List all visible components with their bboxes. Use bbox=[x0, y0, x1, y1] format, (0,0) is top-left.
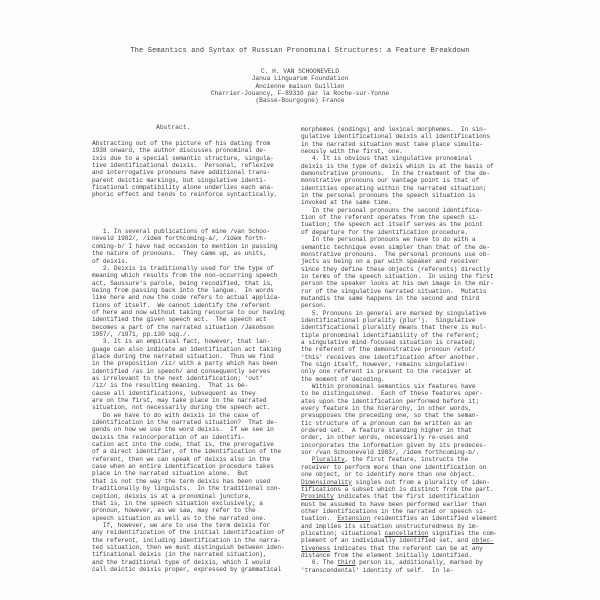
left-text-column: Abstracting out of the picture of his da… bbox=[92, 140, 304, 573]
author-name: C. H. VAN SCHOONEVELD bbox=[0, 68, 600, 75]
author-affiliation: Janua Linguarum Foundation bbox=[0, 75, 600, 82]
scanned-paper-page: The Semantics and Syntax of Russian Pron… bbox=[0, 0, 600, 600]
author-block: C. H. VAN SCHOONEVELD Janua Linguarum Fo… bbox=[0, 68, 600, 104]
paper-title: The Semantics and Syntax of Russian Pron… bbox=[0, 47, 600, 55]
author-address-line2: Charrier-Jouancy, F-89310 par la Roche-s… bbox=[0, 90, 600, 97]
abstract-heading: Abstract. bbox=[156, 124, 191, 131]
author-address-line3: (Basse-Bourgogne) France bbox=[0, 97, 600, 104]
right-text-column: morphemes (endings) and lexical morpheme… bbox=[301, 126, 513, 574]
scan-surface: The Semantics and Syntax of Russian Pron… bbox=[0, 0, 600, 600]
author-address-line1: Ancienne maison Guillien bbox=[0, 83, 600, 90]
